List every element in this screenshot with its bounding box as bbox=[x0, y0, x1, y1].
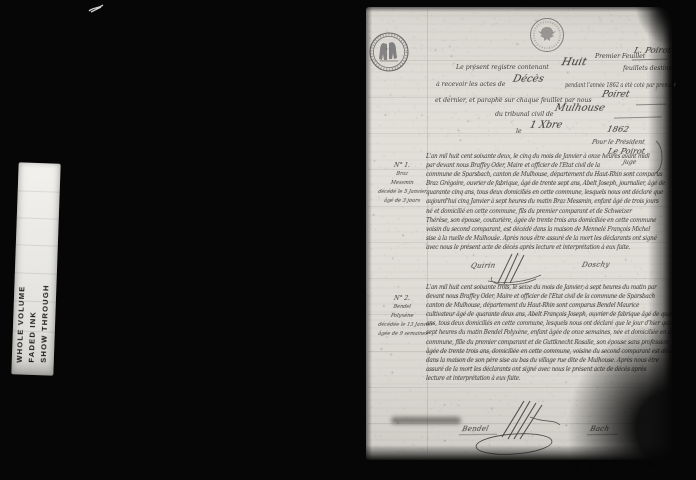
actes-value: Décès bbox=[512, 74, 545, 85]
date-value: 1 Xbre bbox=[529, 120, 564, 131]
date-year: 1862 bbox=[606, 125, 630, 135]
date-le-label: le bbox=[516, 128, 522, 135]
contenant-label: Le présent registre contenant bbox=[456, 64, 549, 71]
label-crease bbox=[15, 272, 57, 274]
label-crease bbox=[16, 244, 58, 246]
paraphe-signature: Poiret bbox=[601, 90, 631, 100]
label-crease bbox=[18, 190, 60, 192]
timbre-imperial-stamp-icon bbox=[368, 27, 412, 77]
act1-body-text: L'an mil huit cent soixante deux, le cin… bbox=[426, 152, 672, 252]
contenant-value: Huit bbox=[560, 55, 588, 68]
film-scratch-artifact bbox=[86, 2, 108, 16]
ruled-line bbox=[368, 60, 668, 61]
act2-margin-note: N° 2.BendelPolyxènedécédée le 13 Janvier… bbox=[378, 294, 426, 339]
label-text-whole-volume: WHOLE VOLUME bbox=[15, 285, 27, 363]
actes-label: à recevoir les actes de bbox=[436, 81, 505, 88]
tribunal-label: du tribunal civil de bbox=[495, 111, 553, 118]
microfilm-scan-frame: WHOLE VOLUME FADED INK SHOW THROUGH Prem… bbox=[0, 0, 696, 480]
page-edge-shadow-left bbox=[366, 7, 372, 460]
delegation-line-1: Pour le Président bbox=[591, 139, 645, 146]
archivist-label-strip: WHOLE VOLUME FADED INK SHOW THROUGH bbox=[11, 162, 60, 375]
label-text-faded-ink: FADED INK bbox=[27, 311, 38, 363]
register-page: Premier Feuillet L. Poirot Le présent re… bbox=[366, 7, 672, 460]
corner-shadow-top-right bbox=[634, 1, 676, 49]
corner-shadow-bottom-right bbox=[566, 320, 678, 470]
label-crease bbox=[17, 217, 59, 219]
act1-signature-right: Doschy bbox=[581, 261, 611, 269]
page-edge-shadow-top bbox=[366, 7, 672, 12]
tribunal-value: Mulhouse bbox=[554, 103, 607, 114]
label-text-show-through: SHOW THROUGH bbox=[39, 285, 51, 364]
ink-smudge bbox=[391, 417, 461, 424]
tribunal-eagle-stamp-icon bbox=[528, 15, 568, 57]
act1-margin-note: N° 1.BrazMessmindécédé le 5 Janvierâgé d… bbox=[378, 161, 426, 206]
